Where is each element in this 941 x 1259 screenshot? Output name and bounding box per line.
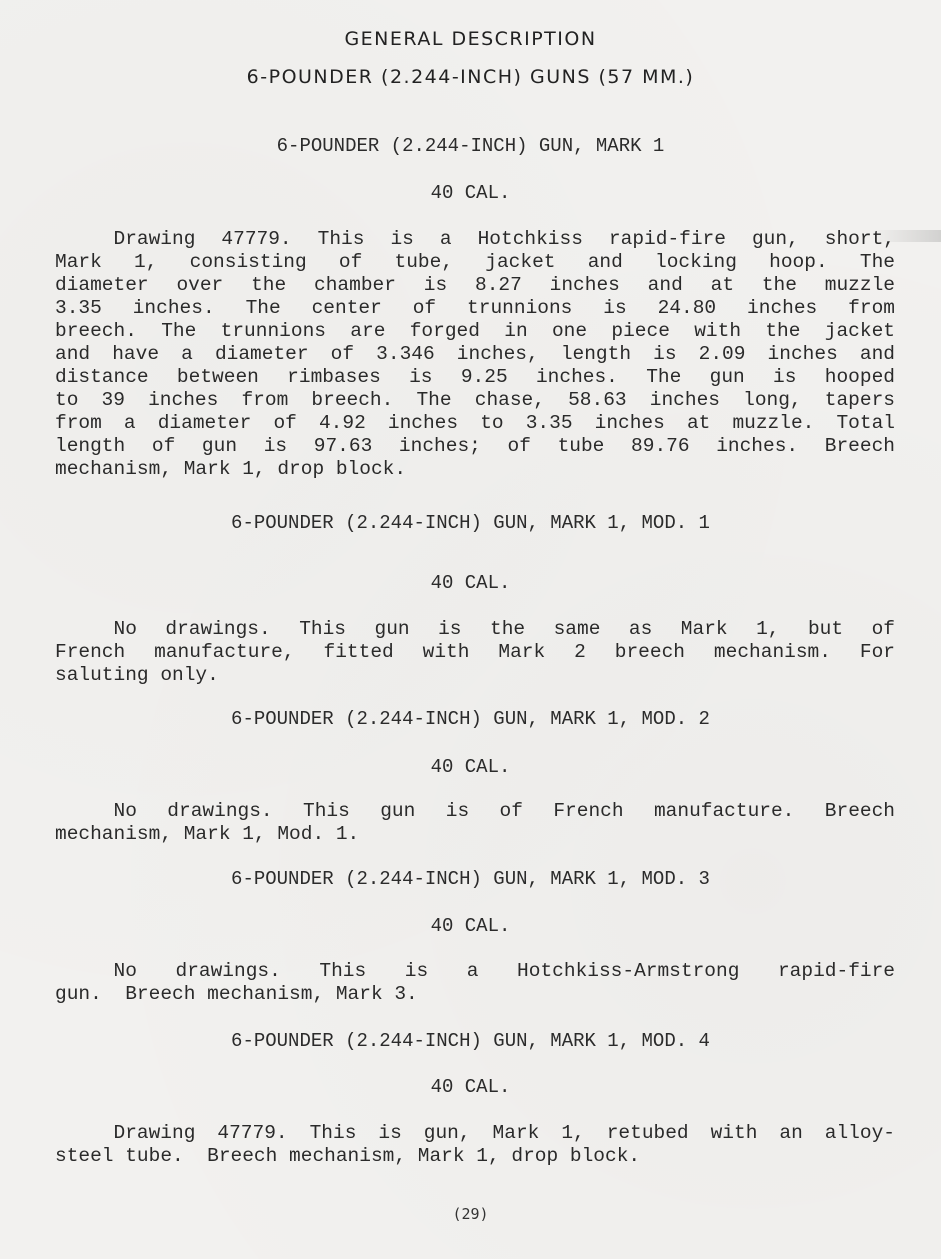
section-body-mod-3: No drawings. This is a Hotchkiss-Armstro… <box>55 960 895 1006</box>
section-title-mod-4: 6-POUNDER (2.244-INCH) GUN, MARK 1, MOD.… <box>0 1030 941 1052</box>
body-line: Drawing 47779. This is gun, Mark 1, retu… <box>55 1122 895 1145</box>
body-line: No drawings. This gun is of French manuf… <box>55 800 895 823</box>
body-line: mechanism, Mark 1, Mod. 1. <box>55 823 895 846</box>
body-line: Mark 1, consisting of tube, jacket and l… <box>55 251 895 274</box>
body-line: diameter over the chamber is 8.27 inches… <box>55 274 895 297</box>
body-line: mechanism, Mark 1, drop block. <box>55 458 895 481</box>
section-title-mod-2: 6-POUNDER (2.244-INCH) GUN, MARK 1, MOD.… <box>0 708 941 730</box>
body-line: No drawings. This is a Hotchkiss-Armstro… <box>55 960 895 983</box>
body-line: Drawing 47779. This is a Hotchkiss rapid… <box>55 228 895 251</box>
body-line: breech. The trunnions are forged in one … <box>55 320 895 343</box>
section-title-mod-1: 6-POUNDER (2.244-INCH) GUN, MARK 1, MOD.… <box>0 512 941 534</box>
body-line: steel tube. Breech mechanism, Mark 1, dr… <box>55 1145 895 1168</box>
page-number: (29) <box>0 1205 941 1223</box>
page-subheading: 6-POUNDER (2.244-INCH) GUNS (57 MM.) <box>0 66 941 88</box>
body-line: distance between rimbases is 9.25 inches… <box>55 366 895 389</box>
section-title-mark-1: 6-POUNDER (2.244-INCH) GUN, MARK 1 <box>0 135 941 157</box>
section-caliber-mod-4: 40 CAL. <box>0 1076 941 1098</box>
body-line: from a diameter of 4.92 inches to 3.35 i… <box>55 412 895 435</box>
section-caliber-mod-2: 40 CAL. <box>0 756 941 778</box>
section-body-mod-4: Drawing 47779. This is gun, Mark 1, retu… <box>55 1122 895 1168</box>
body-line: and have a diameter of 3.346 inches, len… <box>55 343 895 366</box>
body-line: saluting only. <box>55 664 895 687</box>
page-heading: GENERAL DESCRIPTION <box>0 28 941 50</box>
body-line: 3.35 inches. The center of trunnions is … <box>55 297 895 320</box>
body-line: length of gun is 97.63 inches; of tube 8… <box>55 435 895 458</box>
section-title-mod-3: 6-POUNDER (2.244-INCH) GUN, MARK 1, MOD.… <box>0 868 941 890</box>
body-line: French manufacture, fitted with Mark 2 b… <box>55 641 895 664</box>
body-line: to 39 inches from breech. The chase, 58.… <box>55 389 895 412</box>
body-line: No drawings. This gun is the same as Mar… <box>55 618 895 641</box>
section-body-mark-1: Drawing 47779. This is a Hotchkiss rapid… <box>55 228 895 481</box>
section-caliber-mod-1: 40 CAL. <box>0 572 941 594</box>
body-line: gun. Breech mechanism, Mark 3. <box>55 983 895 1006</box>
section-body-mod-1: No drawings. This gun is the same as Mar… <box>55 618 895 687</box>
section-caliber-mark-1: 40 CAL. <box>0 182 941 204</box>
section-caliber-mod-3: 40 CAL. <box>0 915 941 937</box>
document-page: GENERAL DESCRIPTION 6-POUNDER (2.244-INC… <box>0 0 941 1259</box>
section-body-mod-2: No drawings. This gun is of French manuf… <box>55 800 895 846</box>
